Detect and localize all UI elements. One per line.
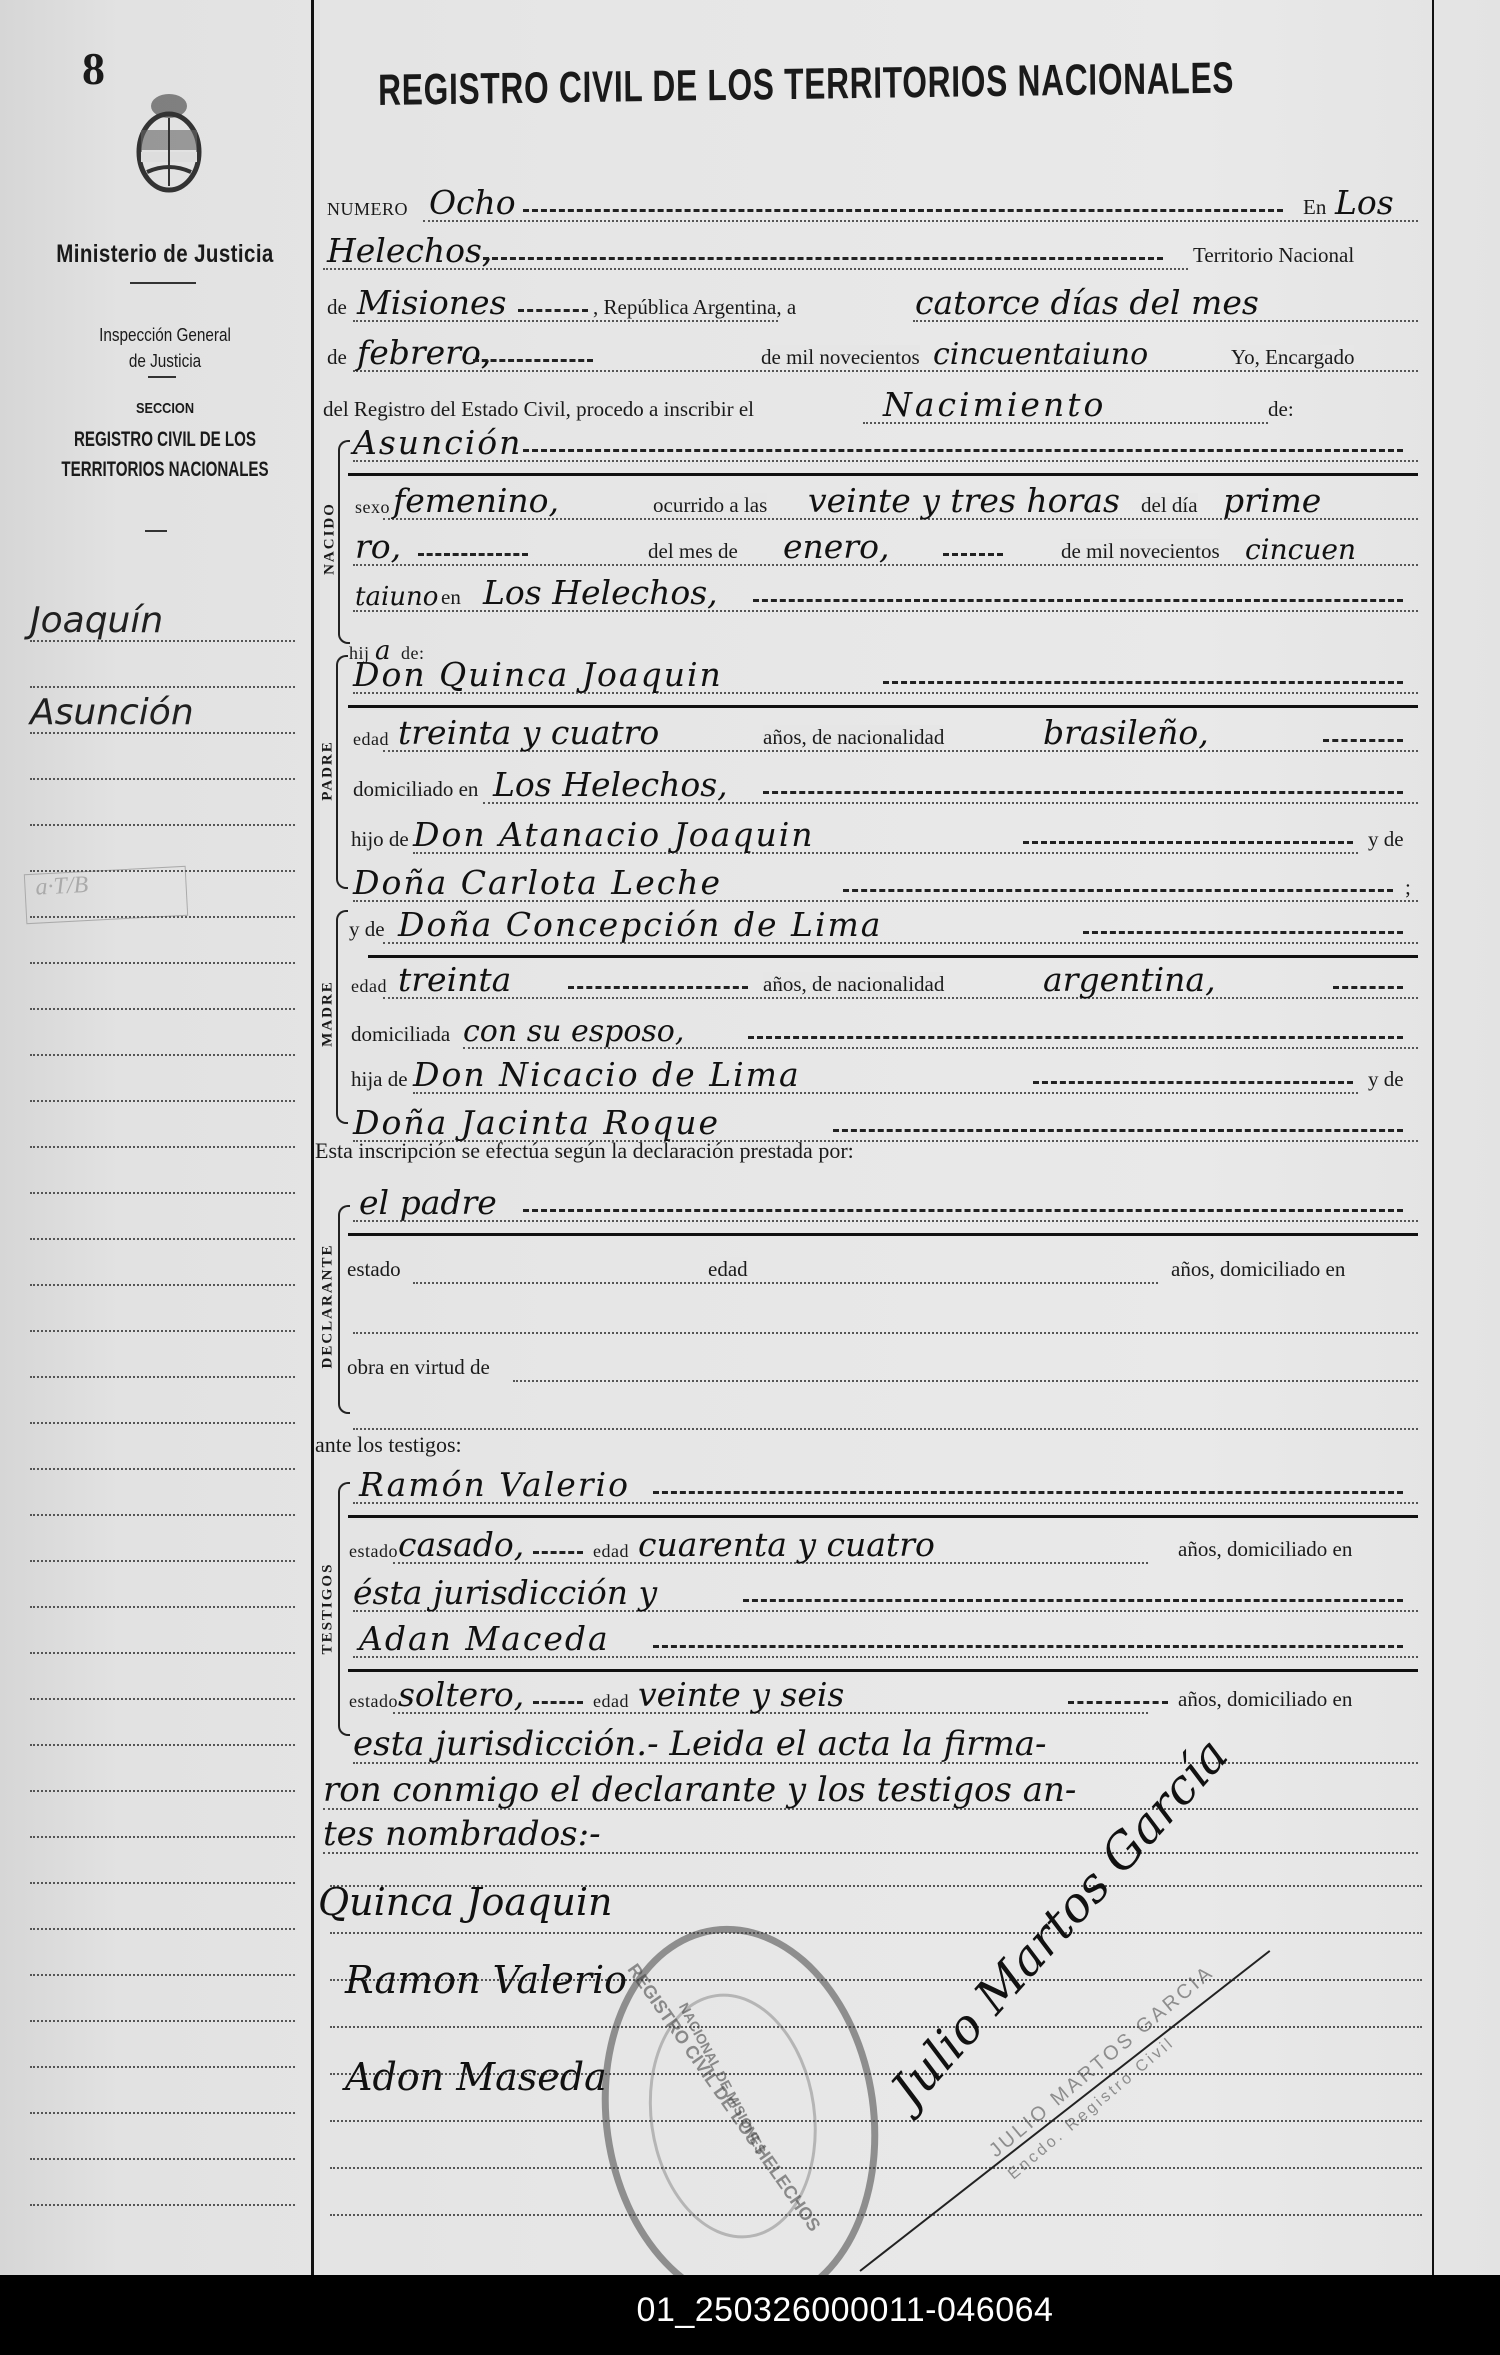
margin-ruled-line xyxy=(30,1054,295,1057)
father-nationality: brasileño, xyxy=(1043,713,1209,752)
numero-value: Ocho xyxy=(429,183,516,222)
declarant-intro: Esta inscripción se efectúa según la dec… xyxy=(315,1138,854,1164)
year-value: cincuentaiuno xyxy=(933,337,1148,372)
margin-ruled-line xyxy=(30,1836,295,1839)
divider xyxy=(130,282,196,284)
margin-ruled-line xyxy=(30,1284,295,1287)
declarant-value: el padre xyxy=(359,1183,497,1222)
row-nacido-name: Asunción xyxy=(323,418,1418,470)
divider xyxy=(148,376,176,378)
right-border xyxy=(1432,0,1434,2275)
row-testigo1-name: Ramón Valerio xyxy=(323,1460,1418,1512)
margin-ruled-line xyxy=(30,916,295,919)
closing-text-2: ron conmigo el declarante y los testigos… xyxy=(323,1770,1076,1810)
place-value: Los xyxy=(1335,183,1394,222)
witness2-age: veinte y seis xyxy=(638,1675,844,1714)
paternal-grandmother: Doña Carlota Leche xyxy=(353,863,722,902)
row-madre-name: y de Doña Concepción de Lima xyxy=(323,900,1418,952)
row-padre-edad: edad treinta y cuatro años, de nacionali… xyxy=(323,708,1418,760)
section-name: REGISTRO CIVIL DE LOS TERRITORIOS NACION… xyxy=(61,425,270,485)
margin-ruled-line xyxy=(30,1376,295,1379)
margin-ruled-line xyxy=(30,2158,295,2161)
margin-divider xyxy=(311,0,314,2275)
signature-ruled-line xyxy=(330,1932,1422,1934)
margin-ruled-line xyxy=(30,1100,295,1103)
signature-declarant: Quinca Joaquin xyxy=(318,1880,612,1924)
margin-ruled-line xyxy=(30,1514,295,1517)
witness2-name: Adan Maceda xyxy=(359,1619,610,1658)
signature-witness1: Ramon Valerio xyxy=(345,1958,627,2002)
row-closing-3: tes nombrados:- xyxy=(323,1810,1418,1862)
margin-surname: Joaquín xyxy=(30,600,163,641)
margin-ruled-line xyxy=(30,732,295,735)
row-nacido-sexo: sexo femenino, ocurrido a las veinte y t… xyxy=(323,476,1418,528)
margin-ruled-line xyxy=(30,2112,295,2115)
argentine-coat-of-arms-icon xyxy=(132,88,206,200)
row-padre-abuelos: hijo de Don Atanacio Joaquin y de xyxy=(323,810,1418,862)
margin-ruled-line xyxy=(30,2066,295,2069)
witnesses-intro: ante los testigos: xyxy=(315,1432,462,1458)
witness1-name: Ramón Valerio xyxy=(359,1465,630,1504)
margin-given-name: Asunción xyxy=(30,692,194,733)
row-testigo2-name: Adan Maceda xyxy=(323,1614,1418,1666)
father-name: Don Quinca Joaquin xyxy=(353,655,723,694)
row-padre-name: Don Quinca Joaquin xyxy=(323,650,1418,702)
row-madre-abuelos: hija de Don Nicacio de Lima y de xyxy=(323,1050,1418,1102)
row-padre-domicilio: domiciliado en Los Helechos, xyxy=(323,760,1418,812)
witness1-age: cuarenta y cuatro xyxy=(638,1525,935,1564)
margin-ruled-line xyxy=(30,824,295,827)
row-declarante-obra: obra en virtud de xyxy=(323,1338,1418,1390)
row-madre-edad: edad treinta años, de nacionalidad argen… xyxy=(323,955,1418,1007)
row-declarante-extra xyxy=(323,1386,1418,1438)
maternal-grandfather: Don Nicacio de Lima xyxy=(413,1055,801,1094)
year-born-value: cincuen xyxy=(1245,533,1356,566)
margin-ruled-line xyxy=(30,1468,295,1471)
margin-ruled-line xyxy=(30,870,295,873)
margin-ruled-line xyxy=(30,1974,295,1977)
document-title: REGISTRO CIVIL DE LOS TERRITORIOS NACION… xyxy=(378,54,1234,116)
closing-text-1: esta jurisdicción.- Leida el acta la fir… xyxy=(353,1724,1047,1764)
margin-ruled-line xyxy=(30,2204,295,2207)
mother-nationality: argentina, xyxy=(1043,960,1216,999)
row-testigo1-domicilio: ésta jurisdicción y xyxy=(323,1568,1418,1620)
margin-ruled-line xyxy=(30,778,295,781)
day-value: catorce días del mes xyxy=(915,283,1259,322)
month-born-value: enero, xyxy=(783,527,889,566)
row-place: Helechos, Territorio Nacional xyxy=(323,226,1418,278)
row-nacido-mes: ro, del mes de enero, de mil novecientos… xyxy=(323,522,1418,574)
margin-ruled-line xyxy=(30,962,295,965)
row-declarante-name: el padre xyxy=(323,1178,1418,1230)
father-age: treinta y cuatro xyxy=(398,713,659,752)
row-testigo2-estado: estado soltero, edad veinte y seis años,… xyxy=(323,1670,1418,1722)
birthplace-value: Los Helechos, xyxy=(483,573,718,612)
witness1-residence: ésta jurisdicción y xyxy=(353,1573,657,1612)
signature-witness2: Adon Maseda xyxy=(345,2055,607,2099)
mother-age: treinta xyxy=(398,960,511,999)
ministry-name: Ministerio de Justicia xyxy=(46,240,284,269)
page-number: 8 xyxy=(82,42,105,95)
section-label: SECCION xyxy=(42,400,289,417)
margin-ruled-line xyxy=(30,1606,295,1609)
image-id: 01_250326000011-046064 xyxy=(637,2291,1054,2329)
margin-ruled-line xyxy=(30,640,295,643)
margin-ruled-line xyxy=(30,1146,295,1149)
day-born-value: prime xyxy=(1223,481,1321,520)
margin-ruled-line xyxy=(30,686,295,689)
row-closing-1: esta jurisdicción.- Leida el acta la fir… xyxy=(323,1720,1418,1772)
sex-value: femenino, xyxy=(393,481,559,520)
margin-ruled-line xyxy=(30,1422,295,1425)
margin-ruled-line xyxy=(30,2020,295,2023)
margin-ruled-line xyxy=(30,1652,295,1655)
row-testigo1-estado: estado casado, edad cuarenta y cuatro añ… xyxy=(323,1520,1418,1572)
margin-ruled-line xyxy=(30,1008,295,1011)
territory-value: Misiones xyxy=(357,283,506,322)
father-residence: Los Helechos, xyxy=(493,765,728,804)
paternal-grandfather: Don Atanacio Joaquin xyxy=(413,815,815,854)
image-id-footer: 01_250326000011-046064 xyxy=(0,2275,1500,2355)
margin-ruled-line xyxy=(30,1744,295,1747)
divider xyxy=(145,530,167,532)
margin-ruled-line xyxy=(30,1790,295,1793)
closing-text-3: tes nombrados:- xyxy=(323,1814,601,1854)
inspection-name: Inspección General de Justicia xyxy=(42,322,289,374)
margin-ruled-line xyxy=(30,1698,295,1701)
margin-ruled-line xyxy=(30,1928,295,1931)
row-nacido-lugar: taiuno en Los Helechos, xyxy=(323,568,1418,620)
row-numero: NUMERO Ocho En Los xyxy=(323,178,1418,230)
child-name: Asunción xyxy=(353,423,522,462)
margin-ruled-line xyxy=(30,1882,295,1885)
signature-ruled-line xyxy=(330,2026,1422,2028)
margin-ruled-line xyxy=(30,1192,295,1195)
margin-ruled-line xyxy=(30,1560,295,1563)
witness2-status: soltero, xyxy=(398,1675,524,1714)
mother-residence: con su esposo, xyxy=(463,1014,684,1049)
hour-value: veinte y tres horas xyxy=(808,481,1120,520)
row-month: de febrero, de mil novecientos cincuenta… xyxy=(323,328,1418,380)
month-value: febrero, xyxy=(357,333,491,372)
witness1-status: casado, xyxy=(398,1525,524,1564)
place-value-2: Helechos, xyxy=(327,231,492,270)
margin-ruled-line xyxy=(30,1238,295,1241)
row-declarante-domicilio xyxy=(323,1290,1418,1342)
maternal-grandmother: Doña Jacinta Roque xyxy=(353,1103,720,1142)
row-territory: de Misiones , República Argentina, a cat… xyxy=(323,278,1418,330)
mother-name: Doña Concepción de Lima xyxy=(398,905,882,944)
signature-ruled-line xyxy=(330,2214,1422,2216)
document-page: 8 Ministerio de Justicia Inspección Gene… xyxy=(0,0,1500,2275)
row-declarante-estado: estado edad años, domiciliado en xyxy=(323,1240,1418,1292)
margin-ruled-line xyxy=(30,1330,295,1333)
